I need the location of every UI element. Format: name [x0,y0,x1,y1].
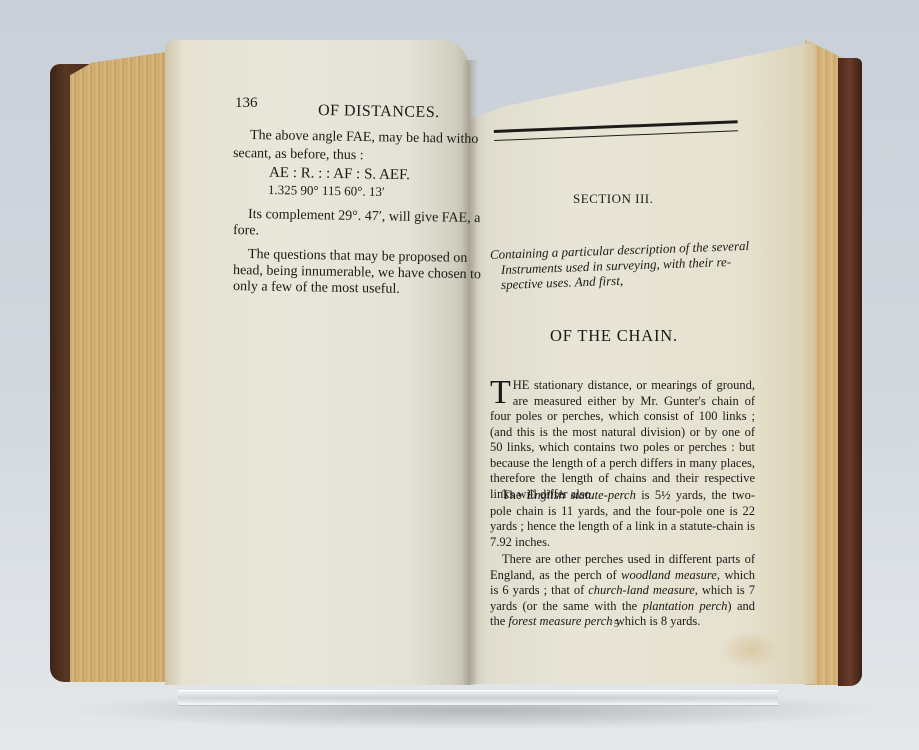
acrylic-book-stand [178,690,778,706]
paragraph-text: which is 8 yards. [613,614,701,628]
italic-term: forest measure perch [508,614,612,628]
text-line: secant, as before, thus : [233,145,364,165]
text-line: only a few of the most useful. [233,278,400,299]
section-title: SECTION III. [573,191,653,207]
drop-cap: T [490,379,511,407]
chapter-title: OF THE CHAIN. [550,326,678,346]
italic-term: English statute-perch [527,488,636,502]
italic-term: woodland measure [621,568,717,582]
text-line: fore. [233,222,259,240]
paragraph-text: HE stationary distance, or mearings of g… [490,378,755,501]
paragraph: The English statute-perch is 5½ yards, t… [490,488,755,550]
left-page-edges [70,50,180,682]
page-number: 136 [235,95,258,112]
paragraph: There are other perches used in differen… [490,552,755,630]
foxing-stain [720,630,780,670]
running-head: OF DISTANCES. [318,102,440,122]
formula-values: 1.325 90° 115 60°. 13′ [268,181,385,200]
paragraph-text: The [502,488,527,502]
italic-term: church-land measure [588,583,695,597]
right-leather-cover [838,58,862,686]
signature-mark: 5 [614,619,619,630]
italic-term: plantation perch [643,599,728,613]
book-gutter [462,60,478,685]
paragraph: THE stationary distance, or mearings of … [490,378,755,502]
